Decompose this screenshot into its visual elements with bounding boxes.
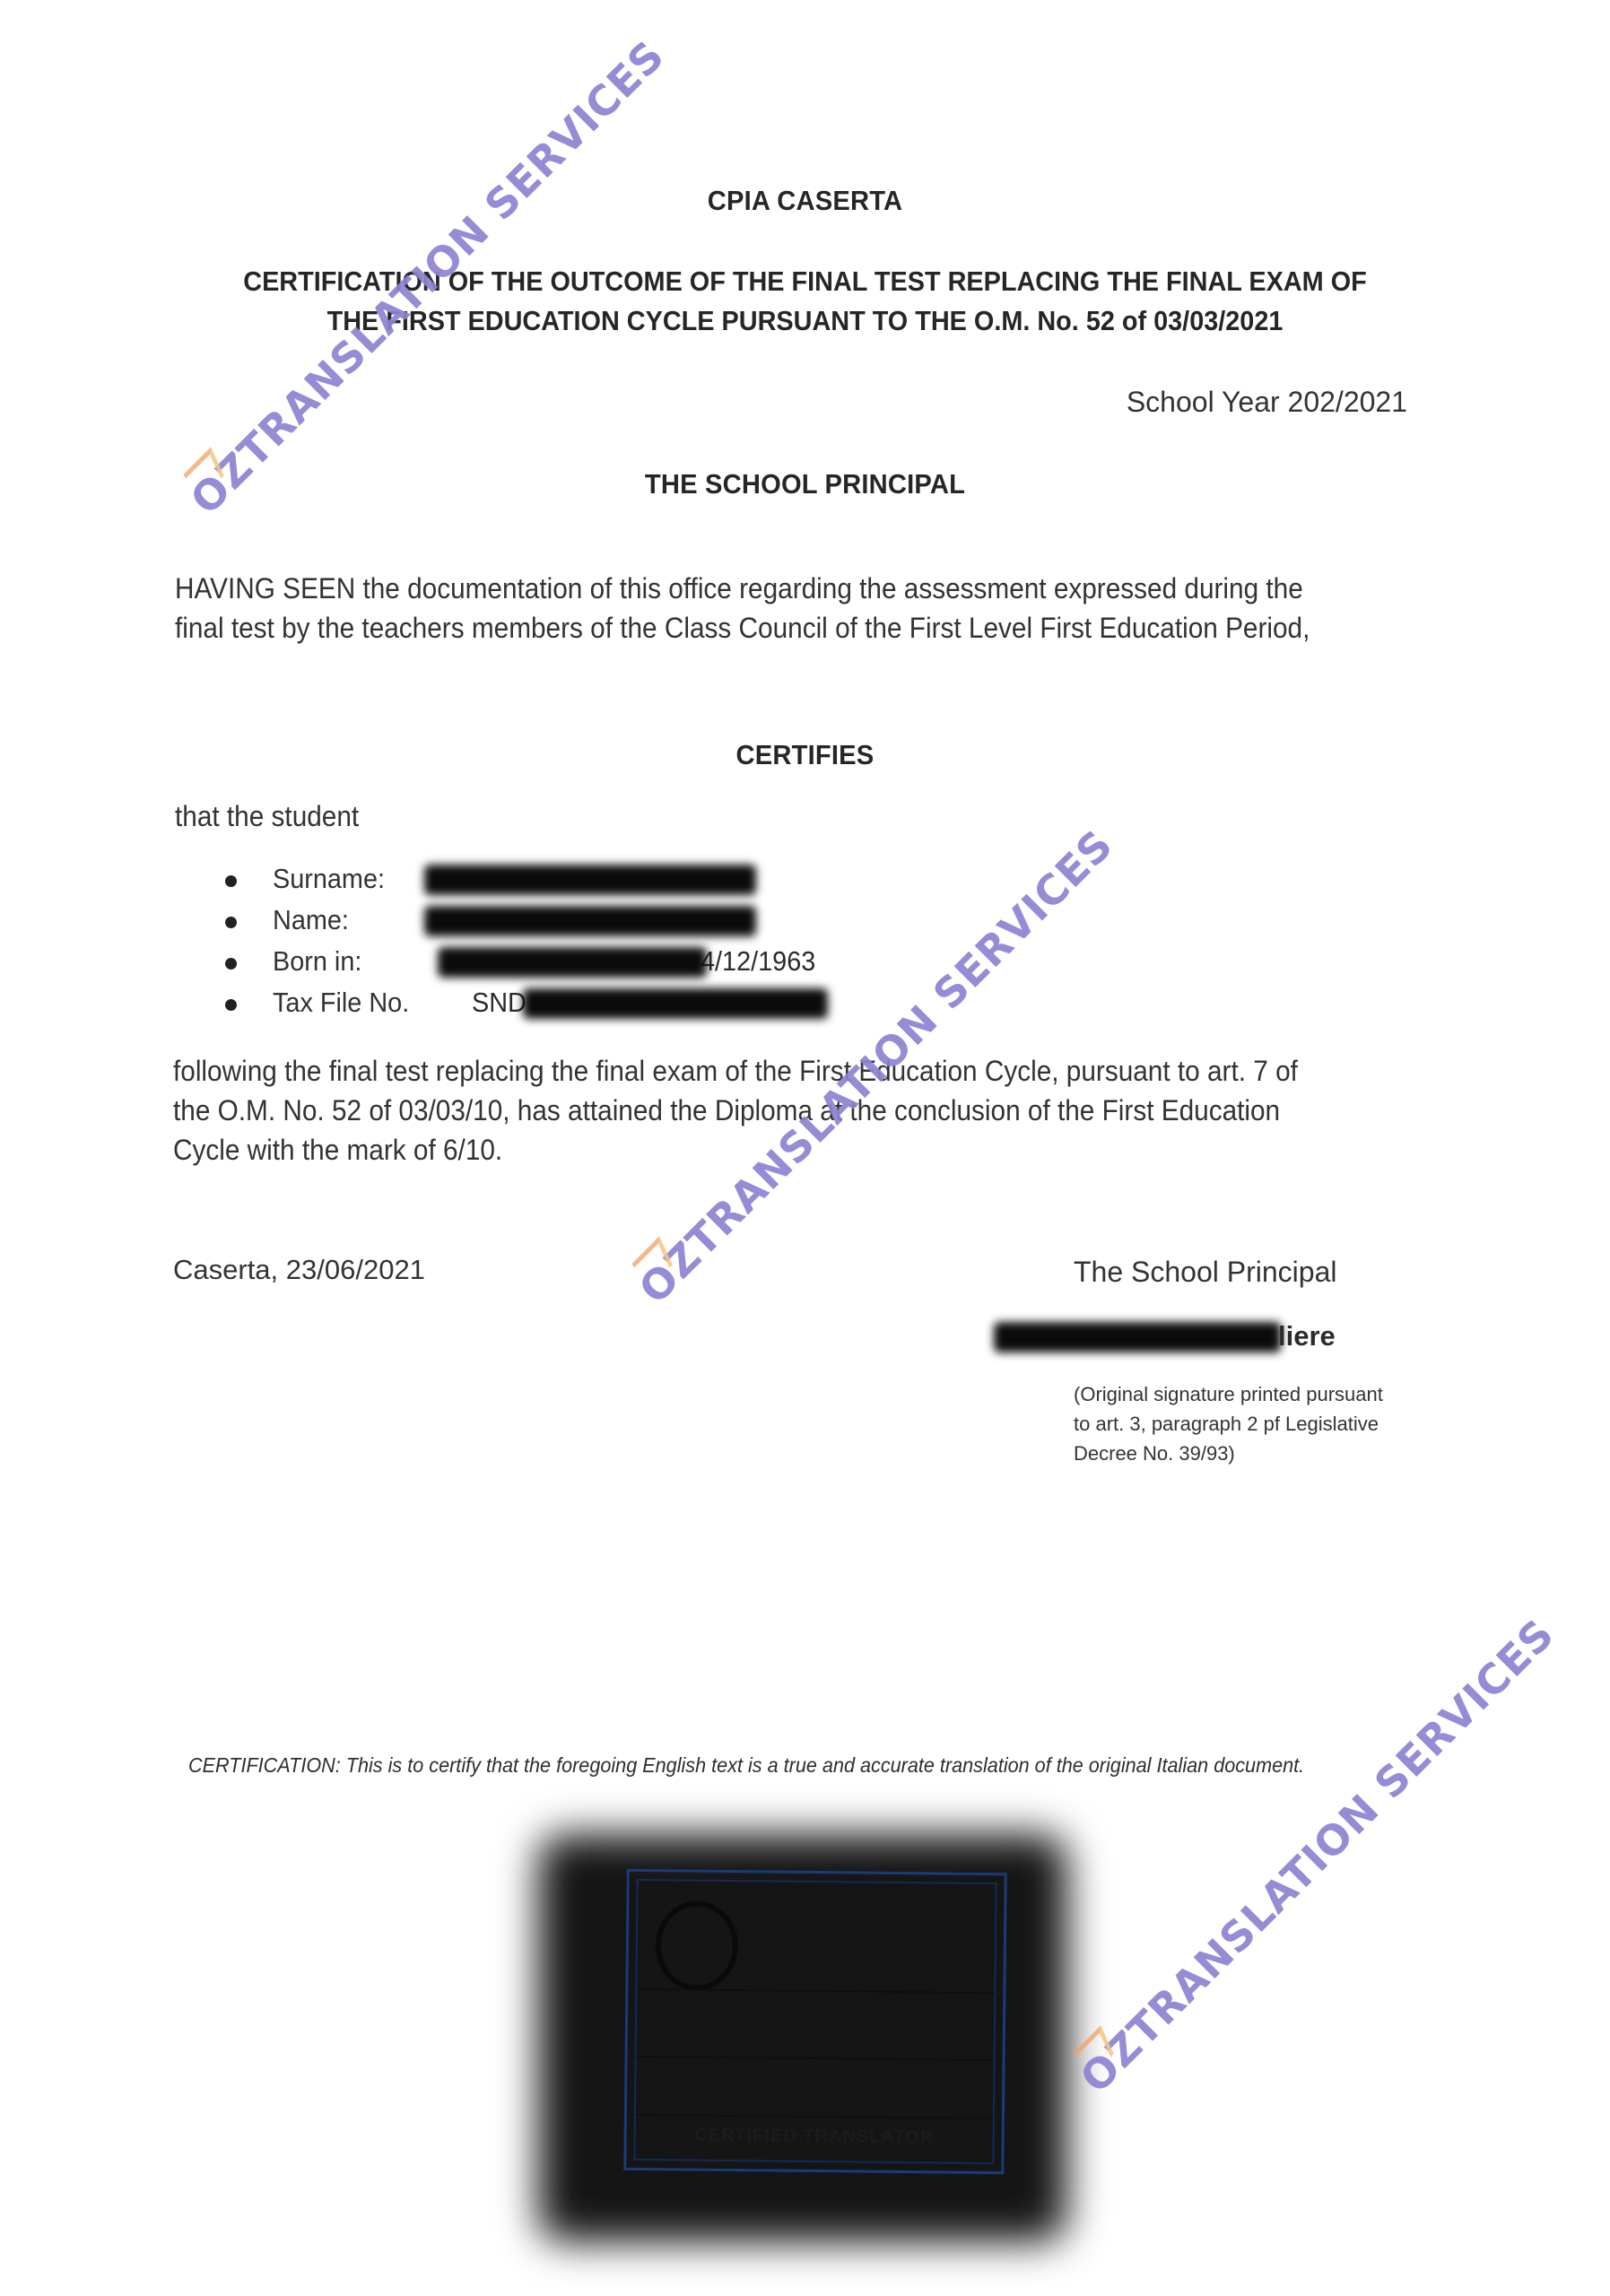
place-date: Caserta, 23/06/2021 xyxy=(173,1254,425,1286)
stamp-inner-border: CERTIFIED TRANSLATOR xyxy=(633,1879,996,2164)
principal-heading: THE SCHOOL PRINCIPAL xyxy=(48,468,1562,500)
document-title-line-2: THE FIRST EDUCATION CYCLE PURSUANT TO TH… xyxy=(57,301,1553,341)
outcome-line-3: Cycle with the mark of 6/10. xyxy=(173,1130,502,1170)
document-title-line-1: CERTIFICATION OF THE OUTCOME OF THE FINA… xyxy=(57,262,1553,301)
principal-name-line: liere xyxy=(985,1322,1344,1352)
stamp-divider xyxy=(637,2056,994,2061)
list-item-tax-file-no: Tax File No. SND xyxy=(218,985,936,1026)
redaction-bar xyxy=(424,906,756,936)
stamp-footer-label: CERTIFIED TRANSLATOR xyxy=(636,2125,993,2149)
stamp-divider xyxy=(636,2114,993,2119)
signature-block: The School Principal xyxy=(1074,1256,1336,1289)
signature-note-line-2: to art. 3, paragraph 2 pf Legislative xyxy=(1074,1409,1383,1439)
redaction-bar xyxy=(424,865,756,895)
stamp-divider xyxy=(637,1988,994,1994)
having-seen-line-2: final test by the teachers members of th… xyxy=(175,608,1310,648)
list-item-name: Name: xyxy=(218,902,846,944)
bullet-icon xyxy=(225,958,237,970)
redaction-bar xyxy=(438,947,707,978)
watermark-text: TRANSLATION SERVICES xyxy=(228,31,674,477)
outcome-line-2: the O.M. No. 52 of 03/03/10, has attaine… xyxy=(173,1091,1280,1130)
signature-title: The School Principal xyxy=(1074,1256,1336,1289)
redaction-bar xyxy=(523,988,828,1019)
signature-note-line-1: (Original signature printed pursuant xyxy=(1074,1379,1383,1409)
field-label: Born in: xyxy=(273,945,361,978)
principal-name-visible: liere xyxy=(1278,1320,1336,1352)
field-value-visible: SND xyxy=(472,987,527,1019)
intro-text: that the student xyxy=(175,796,359,836)
seal-icon xyxy=(655,1900,738,1991)
bullet-icon xyxy=(225,917,237,928)
signature-note: (Original signature printed pursuant to … xyxy=(1074,1379,1383,1468)
watermark-logo: OZTRANSLATION SERVICES xyxy=(1071,1610,1563,2102)
school-year: School Year 202/2021 xyxy=(1127,386,1407,419)
watermark-text: TRANSLATION SERVICES xyxy=(1118,1610,1563,2056)
bullet-icon xyxy=(225,999,237,1011)
field-label: Surname: xyxy=(273,863,385,895)
having-seen-line-1: HAVING SEEN the documentation of this of… xyxy=(175,569,1303,608)
list-item-surname: Surname: xyxy=(218,861,846,902)
field-value-visible: 4/12/1963 xyxy=(701,945,815,978)
translation-certification: CERTIFICATION: This is to certify that t… xyxy=(188,1753,1304,1778)
translator-stamp: CERTIFIED TRANSLATOR xyxy=(623,1869,1006,2174)
institution-heading: CPIA CASERTA xyxy=(48,185,1562,217)
certifies-heading: CERTIFIES xyxy=(48,739,1562,771)
list-item-born-in: Born in: 4/12/1963 xyxy=(218,944,936,985)
redaction-bar xyxy=(994,1322,1281,1352)
outcome-line-1: following the final test replacing the f… xyxy=(173,1051,1298,1091)
signature-note-line-3: Decree No. 39/93) xyxy=(1074,1439,1383,1468)
bullet-icon xyxy=(225,875,237,887)
field-label: Name: xyxy=(273,904,349,936)
field-label: Tax File No. xyxy=(273,987,409,1019)
